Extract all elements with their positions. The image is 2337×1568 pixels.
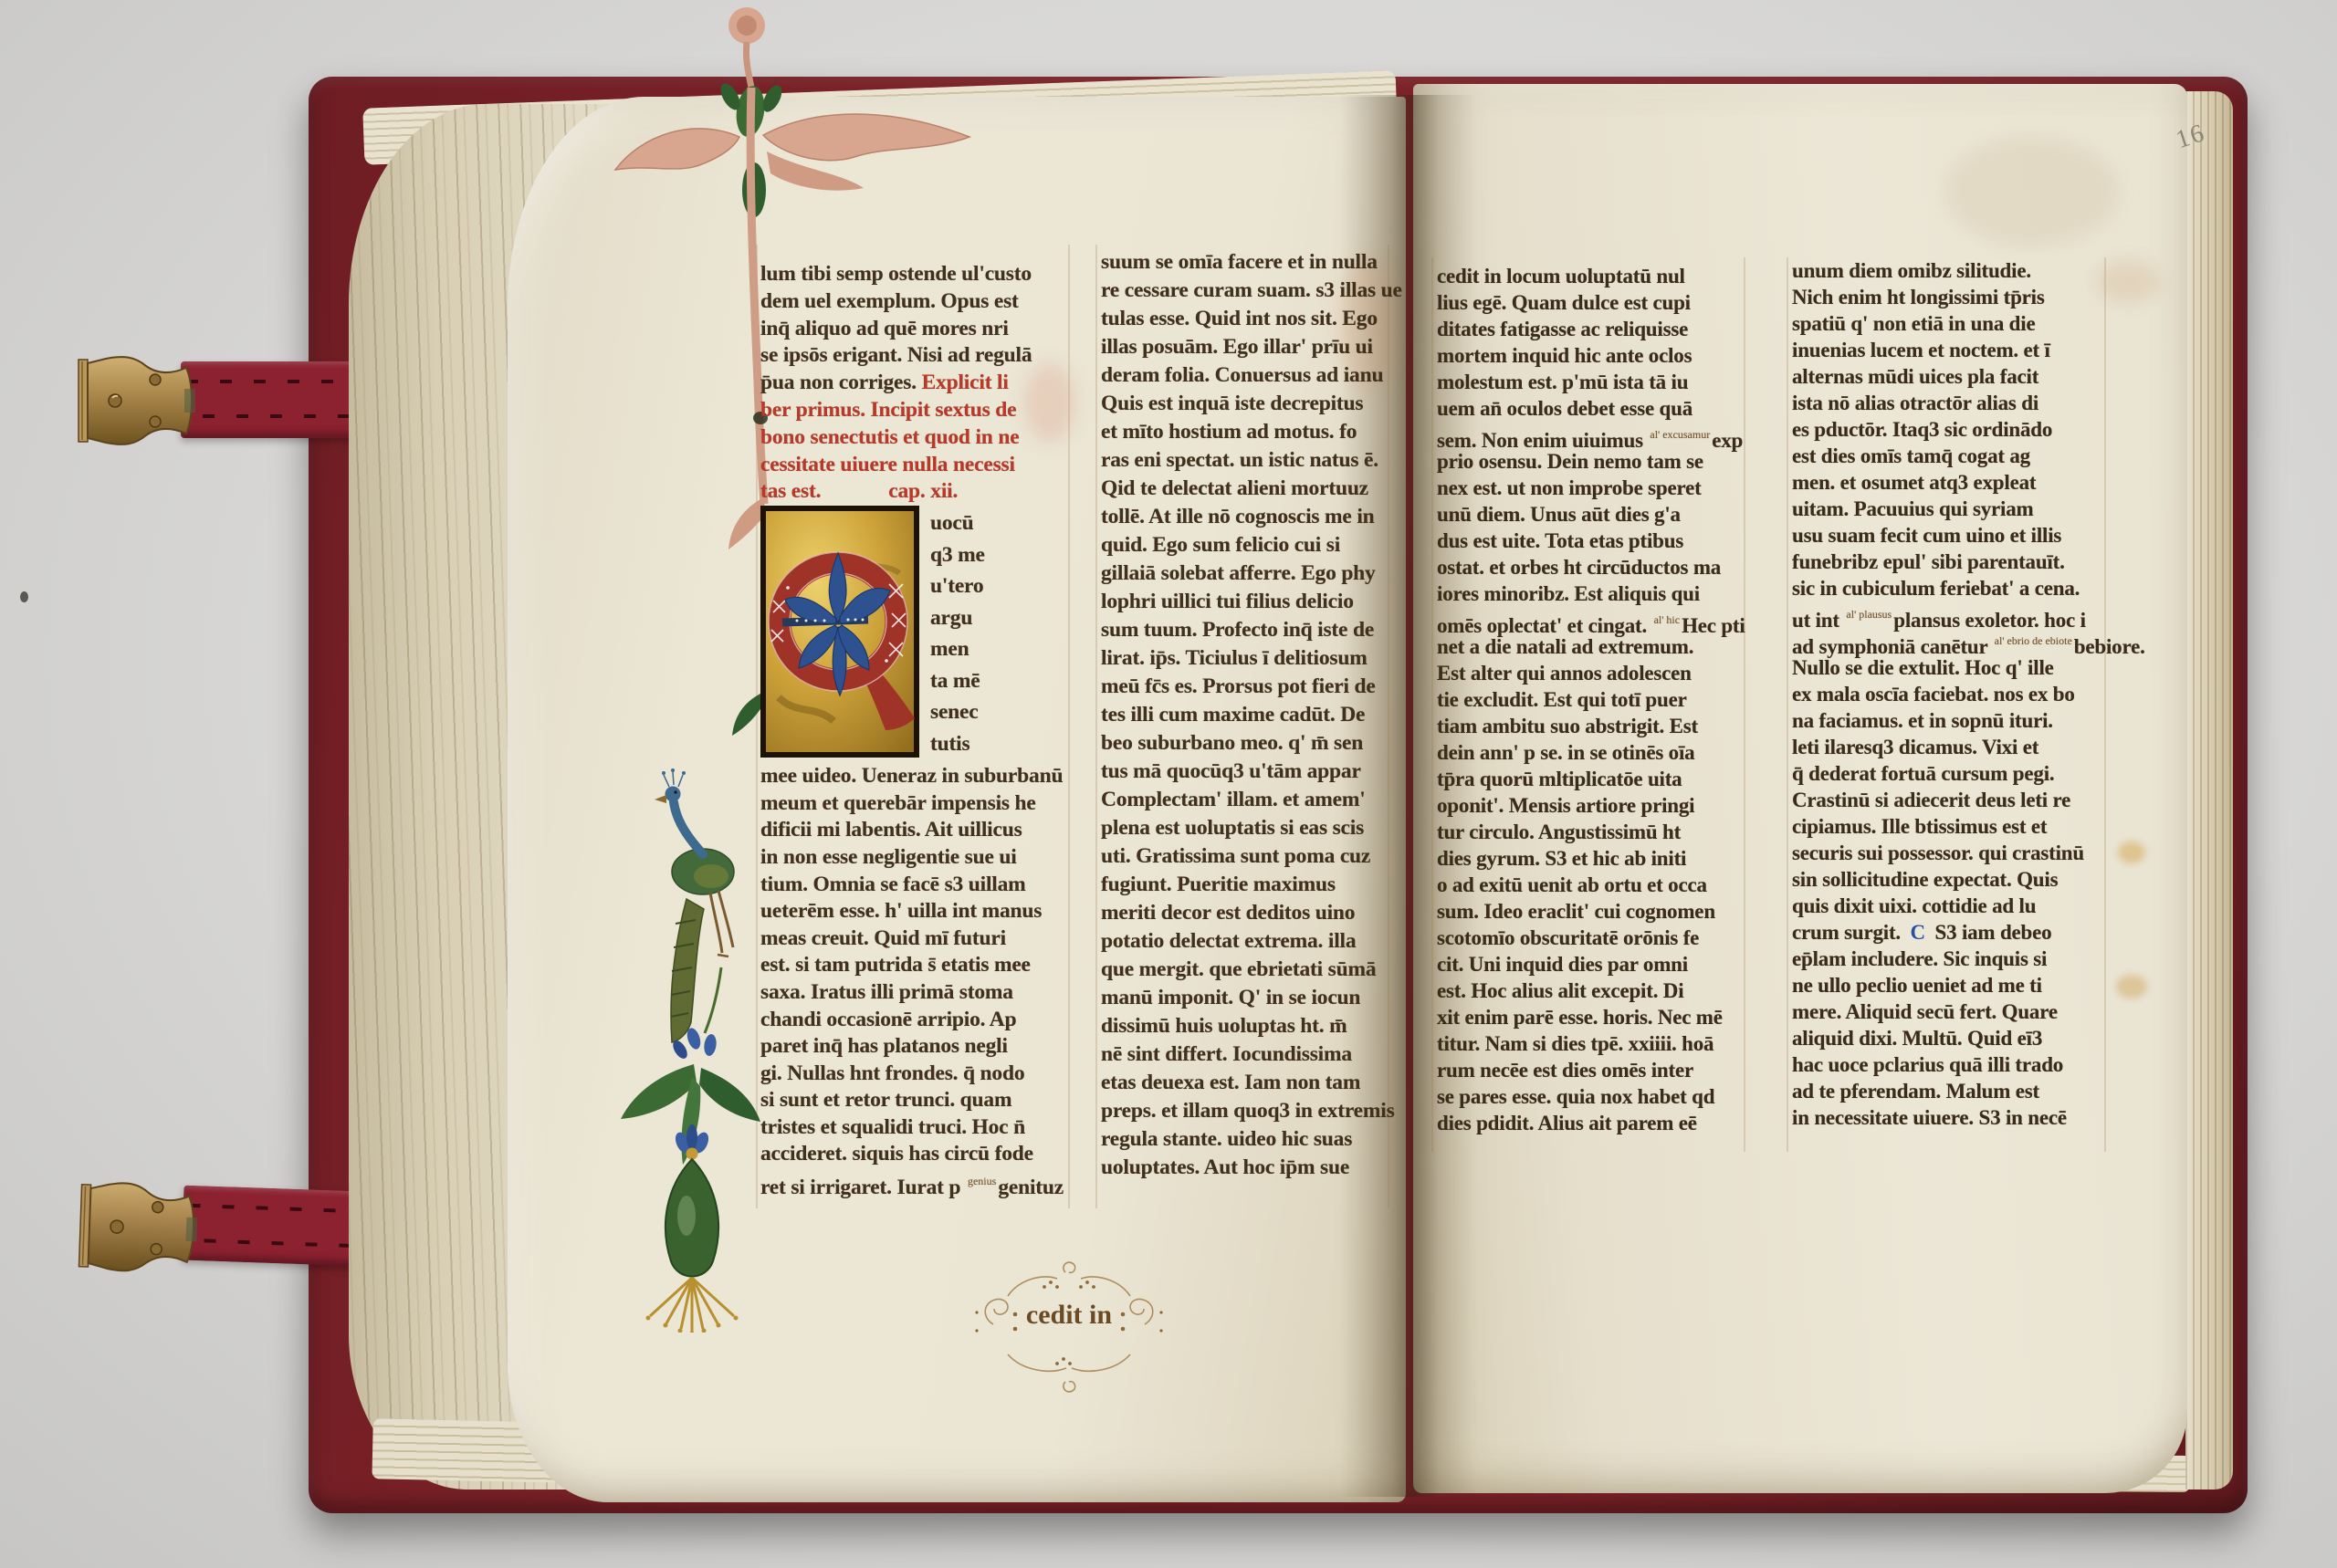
text-line: p̄ua non corriges. Explicit li <box>760 370 1065 397</box>
text-line: ostat. et orbes ht circūductos ma <box>1437 554 1740 580</box>
text-line: titur. Nam si dies tpē. xxiiii. hoā <box>1437 1030 1740 1057</box>
text-line: rum necēe est dies omēs inter <box>1437 1057 1740 1083</box>
text-line: paret inq̄ has platanos negli <box>760 1033 1065 1061</box>
text-line: inq̄ aliquo ad quē mores nri <box>760 316 1065 343</box>
text-line: cipiamus. Ille btissimus est et <box>1792 813 2102 840</box>
text-line: xit enim parē esse. horis. Nec mē <box>1437 1004 1740 1030</box>
text-line: mere. Aliquid secū fert. Quare <box>1792 998 2102 1025</box>
stain <box>2118 841 2145 863</box>
text-line: que mergit. que ebrietati sūmā <box>1101 956 1386 984</box>
text-line: molestum est. p'mū ista tā iu <box>1437 369 1740 395</box>
text-line: se pares esse. quia nox habet qd <box>1437 1083 1740 1110</box>
text-line: men. et osumet atq3 expleat <box>1792 469 2102 496</box>
text-line: tiam ambitu suo abstrigit. Est <box>1437 713 1740 739</box>
text-line: in non esse negligentie sue ui <box>760 844 1065 872</box>
ruling-line <box>1431 257 1433 1152</box>
text-line: tus mā quocūq3 u'tām appar <box>1101 758 1386 786</box>
text-line: dus est uite. Tota etas ptibus <box>1437 528 1740 554</box>
text-line: tristes et squalidi truci. Hoc n̄ <box>760 1114 1065 1142</box>
catchword: cedit in <box>966 1300 1172 1331</box>
text-line: tium. Omnia se facē s3 uillam <box>760 872 1065 899</box>
text-line: sum tuum. Profecto inq̄ iste de <box>1101 616 1386 644</box>
right-page-column-2: unum diem omibz silitudie.Nich enim ht l… <box>1792 257 2102 1131</box>
text-line: potatio delectat extrema. illa <box>1101 927 1386 956</box>
text-line: deram folia. Conuersus ad ianu <box>1101 361 1386 390</box>
text-line: tp̄ra quorū mltiplicatōe uita <box>1437 766 1740 792</box>
text-line: spatiū q' non etiā in una die <box>1792 310 2102 337</box>
text-line: tutis <box>930 728 985 760</box>
text-line: cessitate uiuere nulla necessi <box>760 452 1065 479</box>
text-line: o ad exitū uenit ab ortu et occa <box>1437 872 1740 898</box>
text-line: dificii mi labentis. Ait uillicus <box>760 817 1065 844</box>
text-line: accideret. siquis has circū fode <box>760 1141 1065 1168</box>
stain <box>1944 137 2118 246</box>
text-line: oponit'. Mensis artiore pringi <box>1437 792 1740 819</box>
text-line: sum. Ideo eraclit' cui cognomen <box>1437 898 1740 925</box>
vine-bottom-ornament <box>646 1124 739 1333</box>
text-line: u'tero <box>930 570 985 602</box>
text-line: ueterēm esse. h' uilla int manus <box>760 898 1065 925</box>
text-line: meum et querebār impensis he <box>760 790 1065 818</box>
brass-clasp-top-icon <box>77 352 201 449</box>
text-line: ditates fatigasse ac reliquisse <box>1437 316 1740 342</box>
text-line: tollē. At ille nō cognoscis me in <box>1101 503 1386 531</box>
text-line: es pductōr. Itaq3 sic ordinādo <box>1792 416 2102 443</box>
brass-clasp-bottom-icon <box>77 1177 204 1279</box>
column-text-block: mee uideo. Ueneraz in suburbanūmeum et q… <box>760 763 1065 1196</box>
text-line: men <box>930 633 985 665</box>
text-line: fugiunt. Pueritie maximus <box>1101 871 1386 899</box>
text-line: crum surgit. C S3 iam debeo <box>1792 919 2102 946</box>
text-line: sem. Non enim uiuimus al' excusamurexp <box>1437 422 1740 448</box>
text-line: net a die natali ad extremum. <box>1437 633 1740 660</box>
text-line: ut int al' plaususplansus exoletor. hoc … <box>1792 601 2102 628</box>
text-line: Quis est inquā iste decrepitus <box>1101 390 1386 418</box>
text-line: Nich enim ht longissimi tp̄ris <box>1792 284 2102 310</box>
text-line: tas est.cap. xii. <box>760 478 1065 506</box>
text-line: re cessare curam suam. s3 illas ue <box>1101 277 1386 305</box>
text-line: tulas esse. Quid int nos sit. Ego <box>1101 305 1386 333</box>
text-line: si sunt et retor trunci. quam <box>760 1087 1065 1114</box>
text-line: unum diem omibz silitudie. <box>1792 257 2102 284</box>
initial-row: Q uocūq3 meu'teroargumenta mēsenectutis <box>760 506 1065 763</box>
text-line: argu <box>930 602 985 634</box>
text-line: nex est. ut non improbe speret <box>1437 475 1740 501</box>
text-line: se ipsōs erigant. Nisi ad regulā <box>760 342 1065 370</box>
text-line: mortem inquid hic ante oclos <box>1437 342 1740 369</box>
text-line: q3 me <box>930 539 985 571</box>
text-line: est dies omīs tamq̄ cogat ag <box>1792 443 2102 469</box>
text-line: dies gyrum. S3 et hic ab initi <box>1437 845 1740 872</box>
text-line: leti ilaresq3 dicamus. Vixi et <box>1792 734 2102 760</box>
ruling-line <box>1388 245 1389 1208</box>
text-line: scotomīo obscuritatē orōnis fe <box>1437 925 1740 951</box>
text-line: quis dixit uixi. cottidie ad lu <box>1792 893 2102 919</box>
text-line: ista nō alias otractōr alias di <box>1792 390 2102 416</box>
text-line: dissimū huis uoluptas ht. m̄ <box>1101 1012 1386 1040</box>
column-text-block: lum tibi semp ostende ul'custodem uel ex… <box>760 261 1065 506</box>
leather-strap-bottom <box>182 1186 365 1267</box>
text-line: uoluptates. Aut hoc ip̄m sue <box>1101 1154 1386 1182</box>
text-line: ad symphoniā canētur al' ebrio de ebiote… <box>1792 628 2102 654</box>
text-line: ex mala oscīa faciebat. nos ex bo <box>1792 681 2102 707</box>
text-line: illas posuām. Ego illar' prīu ui <box>1101 333 1386 361</box>
text-line: mee uideo. Ueneraz in suburbanū <box>760 763 1065 790</box>
initial-side-text: uocūq3 meu'teroargumenta mēsenectutis <box>930 506 985 759</box>
text-line: est. Hoc alius alit excepit. Di <box>1437 977 1740 1004</box>
text-line: usu suam fecit cum uino et illis <box>1792 522 2102 549</box>
text-line: meriti decor est deditos uino <box>1101 899 1386 927</box>
text-line: dein ann' p se. in se otinēs oīa <box>1437 739 1740 766</box>
ruling-line <box>1095 245 1097 1208</box>
text-line: suum se omīa facere et in nulla <box>1101 248 1386 277</box>
stain <box>2116 975 2147 998</box>
ruling-line <box>2104 257 2106 1152</box>
text-line: uti. Gratissima sunt poma cuz <box>1101 842 1386 871</box>
text-line: aliquid dixi. Multū. Quid eī3 <box>1792 1025 2102 1051</box>
text-line: ber primus. Incipit sextus de <box>760 397 1065 424</box>
left-page-column-1: lum tibi semp ostende ul'custodem uel ex… <box>760 261 1065 1196</box>
text-line: q̄ dederat fortuā cursum pegi. <box>1792 760 2102 787</box>
text-line: prio osensu. Dein nemo tam se <box>1437 448 1740 475</box>
text-line: ne ullo peclio ueniet ad me ti <box>1792 972 2102 998</box>
text-line: bono senectutis et quod in ne <box>760 424 1065 452</box>
text-line: alternas mūdi uices pla facit <box>1792 363 2102 390</box>
vine-top-ornament <box>615 7 969 217</box>
text-line: sin sollicitudine expectat. Quis <box>1792 866 2102 893</box>
text-line: dies pdidit. Alius ait parem eē <box>1437 1110 1740 1136</box>
text-line: lirat. ip̄s. Ticiulus ī delitiosum <box>1101 644 1386 673</box>
text-line: manū imponit. Q' in se iocun <box>1101 984 1386 1012</box>
text-line: cedit in locum uoluptatū nul <box>1437 263 1740 289</box>
text-line: senec <box>930 696 985 728</box>
leather-strap-top <box>181 361 363 438</box>
text-line: tes illi cum maxime cadūt. De <box>1101 701 1386 729</box>
text-line: ep̄lam includere. Sic inquis si <box>1792 946 2102 972</box>
text-line: omēs oplectat' et cingat. al' hicHec pti <box>1437 607 1740 633</box>
text-line: Est alter qui annos adolescen <box>1437 660 1740 686</box>
text-line: Complectam' illam. et amem' <box>1101 786 1386 814</box>
text-line: ad te pferendam. Malum est <box>1792 1078 2102 1104</box>
text-line: beo suburbano meo. q' m̄ sen <box>1101 729 1386 758</box>
text-line: lius egē. Quam dulce est cupi <box>1437 289 1740 316</box>
text-line: gillaiā solebat afferre. Ego phy <box>1101 559 1386 588</box>
background-speck <box>20 591 28 602</box>
ruling-line <box>1744 257 1745 1152</box>
text-line: ret si irrigaret. Iurat p geniusgenituz <box>760 1168 1065 1196</box>
left-page-column-2: suum se omīa facere et in nullare cessar… <box>1101 248 1386 1182</box>
manuscript-photo: lum tibi semp ostende ul'custodem uel ex… <box>0 0 2337 1568</box>
text-line: meas creuit. Quid mī futuri <box>760 925 1065 953</box>
text-line: inuenias lucem et noctem. et ī <box>1792 337 2102 363</box>
text-line: uocū <box>930 507 985 539</box>
text-line: in necessitate uiuere. S3 in necē <box>1792 1104 2102 1131</box>
text-line: plena est uoluptatis si eas scis <box>1101 814 1386 842</box>
text-line: est. si tam putrida s̄ etatis mee <box>760 952 1065 979</box>
text-line: et mīto hostium ad motus. fo <box>1101 418 1386 446</box>
text-line: funebribz epul' sibi parentauīt. <box>1792 549 2102 575</box>
text-line: ta mē <box>930 665 985 697</box>
text-line: quid. Ego sum felicio cui si <box>1101 531 1386 559</box>
text-line: uem an̄ oculos debet esse quā <box>1437 395 1740 422</box>
text-line: meū fc̄s es. Prorsus pot fieri de <box>1101 673 1386 701</box>
text-line: tie excludit. Est qui totī puer <box>1437 686 1740 713</box>
text-line: iores minoribz. Est aliquis qui <box>1437 580 1740 607</box>
text-line: gi. Nullas hnt frondes. q̄ nodo <box>760 1061 1065 1088</box>
text-line: dem uel exemplum. Opus est <box>760 288 1065 316</box>
illuminated-initial-Q-icon: Q <box>760 506 919 758</box>
text-line: chandi occasionē arripio. Ap <box>760 1007 1065 1034</box>
text-line: nē sint differt. Iocundissima <box>1101 1040 1386 1069</box>
text-line: uitam. Pacuuius qui syriam <box>1792 496 2102 522</box>
text-line: preps. et illam quoq3 in extremis <box>1101 1097 1386 1125</box>
text-line: regula stante. uideo hic suas <box>1101 1125 1386 1154</box>
text-line: unū diem. Unus aūt dies g'a <box>1437 501 1740 528</box>
text-line: cit. Uni inquid dies par omni <box>1437 951 1740 977</box>
text-line: saxa. Iratus illi primā stoma <box>760 979 1065 1007</box>
peacock-illustration <box>655 768 734 1042</box>
text-line: Nullo se die extulit. Hoc q' ille <box>1792 654 2102 681</box>
text-line: lum tibi semp ostende ul'custo <box>760 261 1065 288</box>
text-line: securis sui possessor. qui crastinū <box>1792 840 2102 866</box>
text-line: tur circulo. Angustissimū ht <box>1437 819 1740 845</box>
right-page-fore-edge <box>2185 91 2233 1490</box>
text-line: lophri uillici tui filius delicio <box>1101 588 1386 616</box>
ruling-line <box>1787 257 1788 1152</box>
text-line: sic in cubiculum feriebat' a cena. <box>1792 575 2102 601</box>
text-line: na faciamus. et in sopnū ituri. <box>1792 707 2102 734</box>
right-page-column-1: cedit in locum uoluptatū nullius egē. Qu… <box>1437 263 1740 1136</box>
text-line: etas deuexa est. Iam non tam <box>1101 1069 1386 1097</box>
text-line: hac uoce pclarius quā illi trado <box>1792 1051 2102 1078</box>
text-line: ras eni spectat. un istic natus ē. <box>1101 446 1386 475</box>
text-line: Qid te delectat alieni mortuuz <box>1101 475 1386 503</box>
text-line: Crastinū si adiecerit deus leti re <box>1792 787 2102 813</box>
